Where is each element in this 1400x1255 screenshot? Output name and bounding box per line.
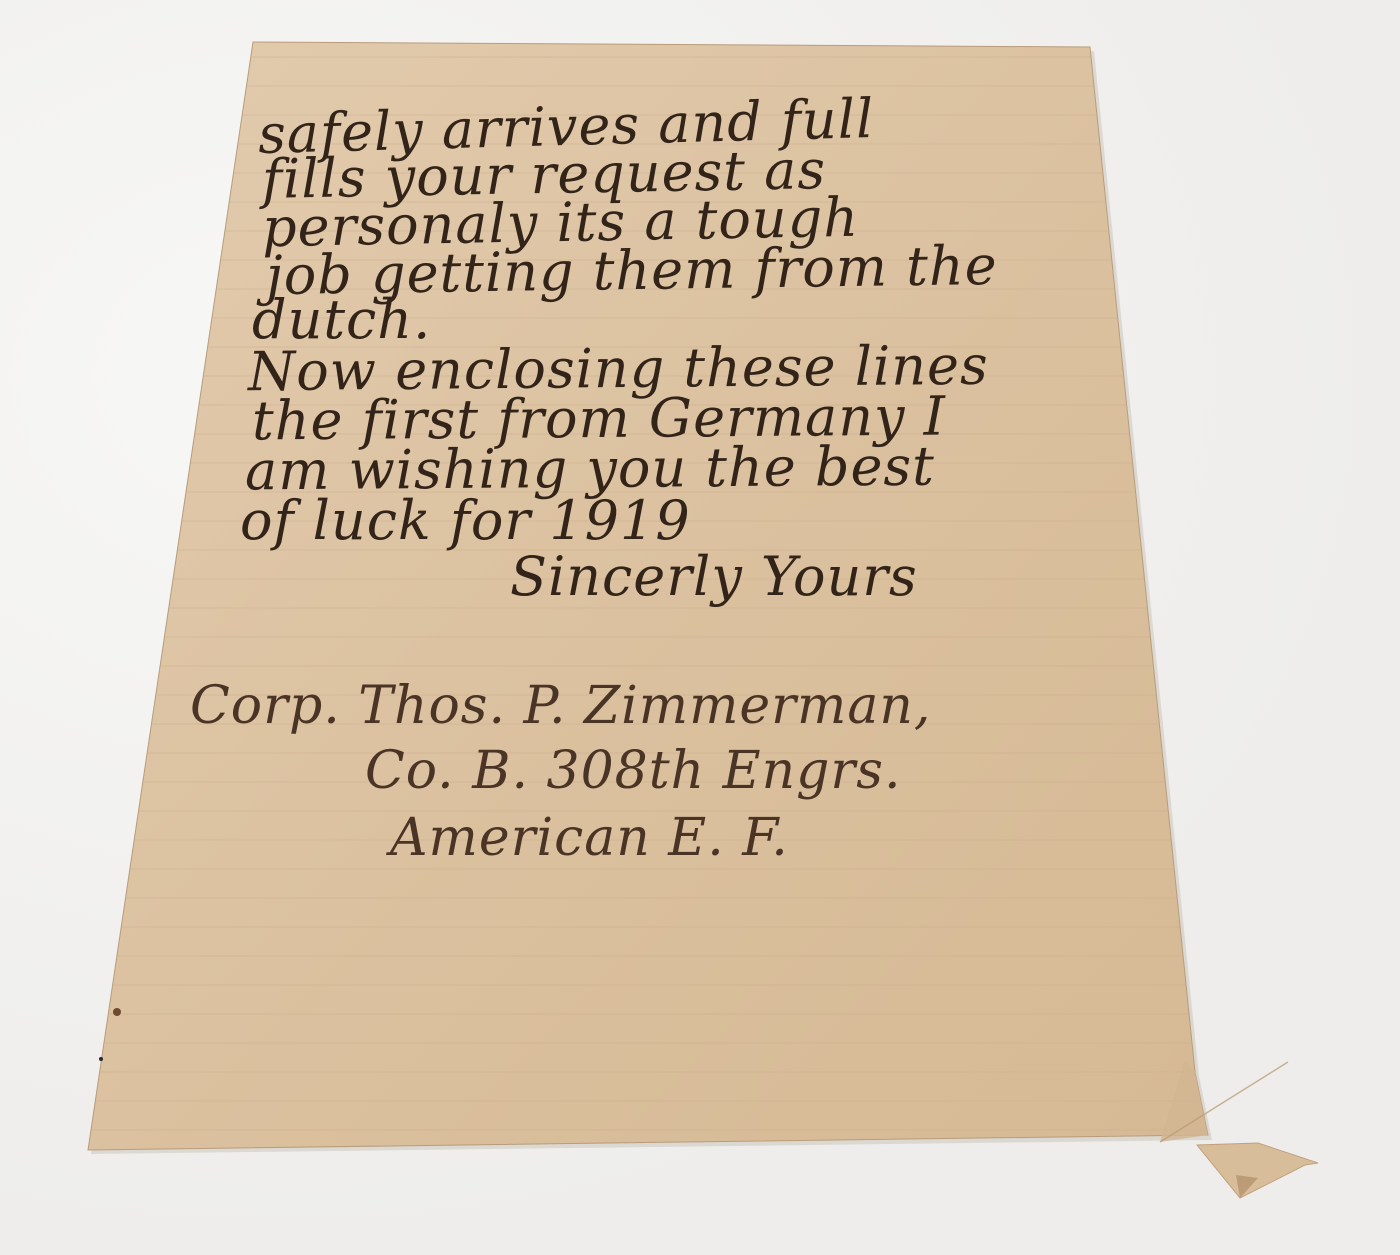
letter-line: of luck for 1919 xyxy=(240,494,691,548)
signature-unit: Co. B. 308th Engrs. xyxy=(365,745,902,797)
letter-page: safely arrives and full fills your reque… xyxy=(0,0,1400,1255)
signature-name: Corp. Thos. P. Zimmerman, xyxy=(190,680,931,732)
closing: Sincerly Yours xyxy=(510,550,918,604)
signature-force: American E. F. xyxy=(390,812,789,864)
torn-corner-flap xyxy=(1197,1143,1318,1198)
